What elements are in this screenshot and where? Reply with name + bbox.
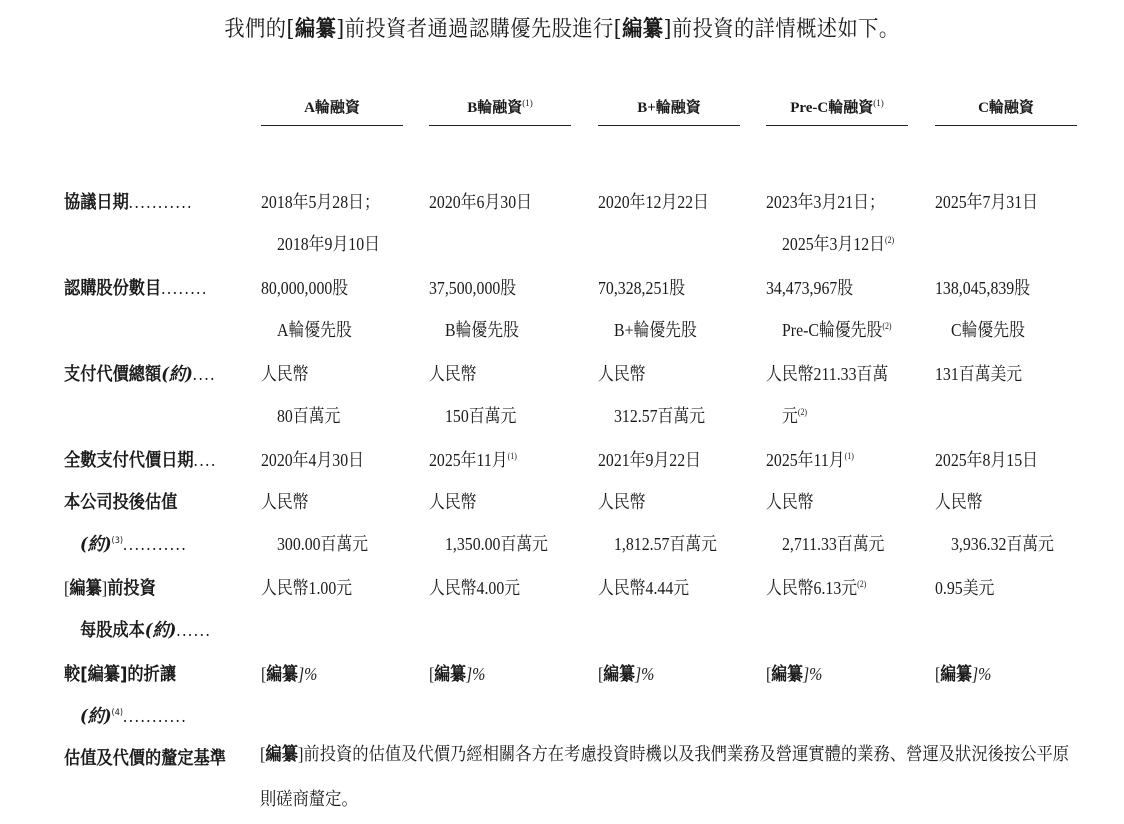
- intro-sentence: 我們的[編纂]前投資者通過認購優先股進行[編纂]前投資的詳情概述如下。: [45, 12, 1079, 43]
- row-label-discount-2: (約)(4)...........: [80, 702, 187, 728]
- cell-cost-a: 人民幣1.00元: [261, 574, 352, 600]
- cell-valuation-a-2: 300.00百萬元: [277, 530, 368, 556]
- cell-valuation-pre-c: 人民幣: [766, 488, 814, 514]
- cell-shares-c-class: C輪優先股: [951, 316, 1025, 342]
- cell-valuation-c: 人民幣: [935, 488, 983, 514]
- cell-discount-c: [編纂]%: [935, 660, 991, 686]
- cell-consideration-a: 人民幣: [261, 360, 309, 386]
- row-label-basis: 估值及代價的釐定基準: [64, 744, 226, 770]
- row-label-post-money-valuation-2: (約)(3)...........: [80, 530, 187, 556]
- cell-consideration-pre-c-2: 元(2): [782, 402, 807, 428]
- cell-valuation-b-plus-2: 1,812.57百萬元: [614, 530, 717, 556]
- cell-cost-c: 0.95美元: [935, 574, 994, 600]
- row-label-agreement-date: 協議日期...........: [64, 188, 193, 214]
- cell-consideration-pre-c: 人民幣211.33百萬: [766, 360, 888, 386]
- cell-payment-date-b-plus: 2021年9月22日: [598, 446, 701, 472]
- column-header-series-b-plus: B+輪融資: [598, 96, 740, 126]
- redacted-marker: 編纂: [295, 17, 336, 42]
- cell-shares-pre-c-class: Pre-C輪優先股(2): [782, 316, 892, 342]
- cell-shares-b-class: B輪優先股: [445, 316, 519, 342]
- cell-valuation-b-plus: 人民幣: [598, 488, 646, 514]
- cell-shares-b: 37,500,000股: [429, 274, 516, 300]
- column-header-series-a: A輪融資: [261, 96, 403, 126]
- cell-agreement-date-pre-c: 2023年3月21日；: [766, 188, 885, 214]
- cell-shares-b-plus: 70,328,251股: [598, 274, 685, 300]
- basis-text: [編纂]前投資的估值及代價乃經相關各方在考慮投資時機以及我們業務及營運實體的業務…: [260, 732, 1075, 821]
- cell-consideration-a-2: 80百萬元: [277, 402, 340, 428]
- cell-cost-pre-c: 人民幣6.13元(2): [766, 574, 866, 600]
- column-header-series-c: C輪融資: [935, 96, 1077, 126]
- column-header-series-b: B輪融資(1): [429, 96, 571, 126]
- cell-payment-date-a: 2020年4月30日: [261, 446, 364, 472]
- row-label-discount: 較[編纂]的折讓: [64, 660, 176, 686]
- cell-shares-c: 138,045,839股: [935, 274, 1030, 300]
- row-label-cost-per-share-2: 每股成本(約)......: [80, 616, 211, 642]
- intro-text-1: 我們的[: [224, 17, 294, 42]
- cell-discount-pre-c: [編纂]%: [766, 660, 822, 686]
- cell-payment-date-c: 2025年8月15日: [935, 446, 1038, 472]
- cell-cost-b-plus: 人民幣4.44元: [598, 574, 689, 600]
- cell-valuation-b: 人民幣: [429, 488, 477, 514]
- cell-agreement-date-pre-c-2: 2025年3月12日(2): [782, 230, 894, 256]
- cell-payment-date-b: 2025年11月(1): [429, 446, 517, 472]
- cell-discount-b: [編纂]%: [429, 660, 485, 686]
- cell-valuation-c-2: 3,936.32百萬元: [951, 530, 1054, 556]
- cell-consideration-b-2: 150百萬元: [445, 402, 516, 428]
- row-label-shares-subscribed: 認購股份數目........: [64, 274, 208, 300]
- cell-shares-a: 80,000,000股: [261, 274, 348, 300]
- cell-valuation-a: 人民幣: [261, 488, 309, 514]
- cell-discount-a: [編纂]%: [261, 660, 317, 686]
- cell-shares-pre-c: 34,473,967股: [766, 274, 853, 300]
- intro-text-2: ]前投資者通過認購優先股進行[: [336, 17, 622, 42]
- cell-valuation-pre-c-2: 2,711.33百萬元: [782, 530, 884, 556]
- row-label-post-money-valuation: 本公司投後估值: [64, 488, 177, 514]
- column-header-series-pre-c: Pre-C輪融資(1): [766, 96, 908, 126]
- redacted-marker: 編纂: [622, 17, 663, 42]
- cell-consideration-b: 人民幣: [429, 360, 477, 386]
- cell-agreement-date-b-plus: 2020年12月22日: [598, 188, 709, 214]
- cell-consideration-b-plus-2: 312.57百萬元: [614, 402, 705, 428]
- row-label-full-payment-date: 全數支付代價日期....: [64, 446, 217, 472]
- row-label-total-consideration: 支付代價總額(約)....: [64, 360, 216, 386]
- cell-consideration-c: 131百萬美元: [935, 360, 1022, 386]
- cell-discount-b-plus: [編纂]%: [598, 660, 654, 686]
- cell-consideration-b-plus: 人民幣: [598, 360, 646, 386]
- cell-agreement-date-c: 2025年7月31日: [935, 188, 1038, 214]
- cell-agreement-date-a-2: 2018年9月10日: [277, 230, 380, 256]
- cell-payment-date-pre-c: 2025年11月(1): [766, 446, 854, 472]
- cell-agreement-date-a: 2018年5月28日；: [261, 188, 380, 214]
- row-label-cost-per-share: [編纂]前投資: [64, 574, 156, 600]
- cell-agreement-date-b: 2020年6月30日: [429, 188, 532, 214]
- cell-valuation-b-2: 1,350.00百萬元: [445, 530, 548, 556]
- cell-cost-b: 人民幣4.00元: [429, 574, 520, 600]
- intro-text-3: ]前投資的詳情概述如下。: [664, 17, 900, 42]
- cell-shares-b-plus-class: B+輪優先股: [614, 316, 697, 342]
- cell-shares-a-class: A輪優先股: [277, 316, 352, 342]
